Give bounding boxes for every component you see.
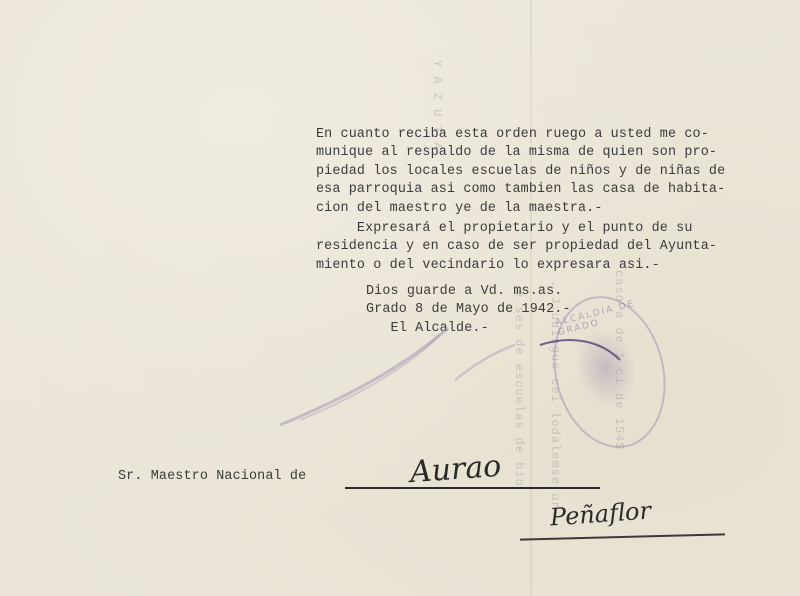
date-line: Grado 8 de Mayo de 1942.-: [366, 301, 571, 320]
text-line: En cuanto reciba esta orden ruego a uste…: [316, 126, 725, 145]
signatory-title: El Alcalde.-: [366, 320, 571, 339]
stamp-emblem: [567, 322, 645, 414]
text-line: residencia y en caso de ser propiedad de…: [316, 238, 717, 257]
text-line: munique al respaldo de la misma de quien…: [316, 144, 725, 163]
text-line: piedad los locales escuelas de niños y d…: [316, 163, 725, 182]
handwritten-place-name: Aurao: [409, 449, 503, 490]
addressee-label: Sr. Maestro Nacional de: [118, 468, 306, 487]
closing-greeting: Dios guarde a Vd. ms.as.: [366, 283, 571, 302]
fill-in-line: [345, 487, 600, 489]
text-line: Expresará el propietario y el punto de s…: [316, 220, 717, 239]
text-line: esa parroquia asi como tambien las casa …: [316, 181, 725, 200]
closing-block: Dios guarde a Vd. ms.as.Grado 8 de Mayo …: [366, 264, 571, 357]
